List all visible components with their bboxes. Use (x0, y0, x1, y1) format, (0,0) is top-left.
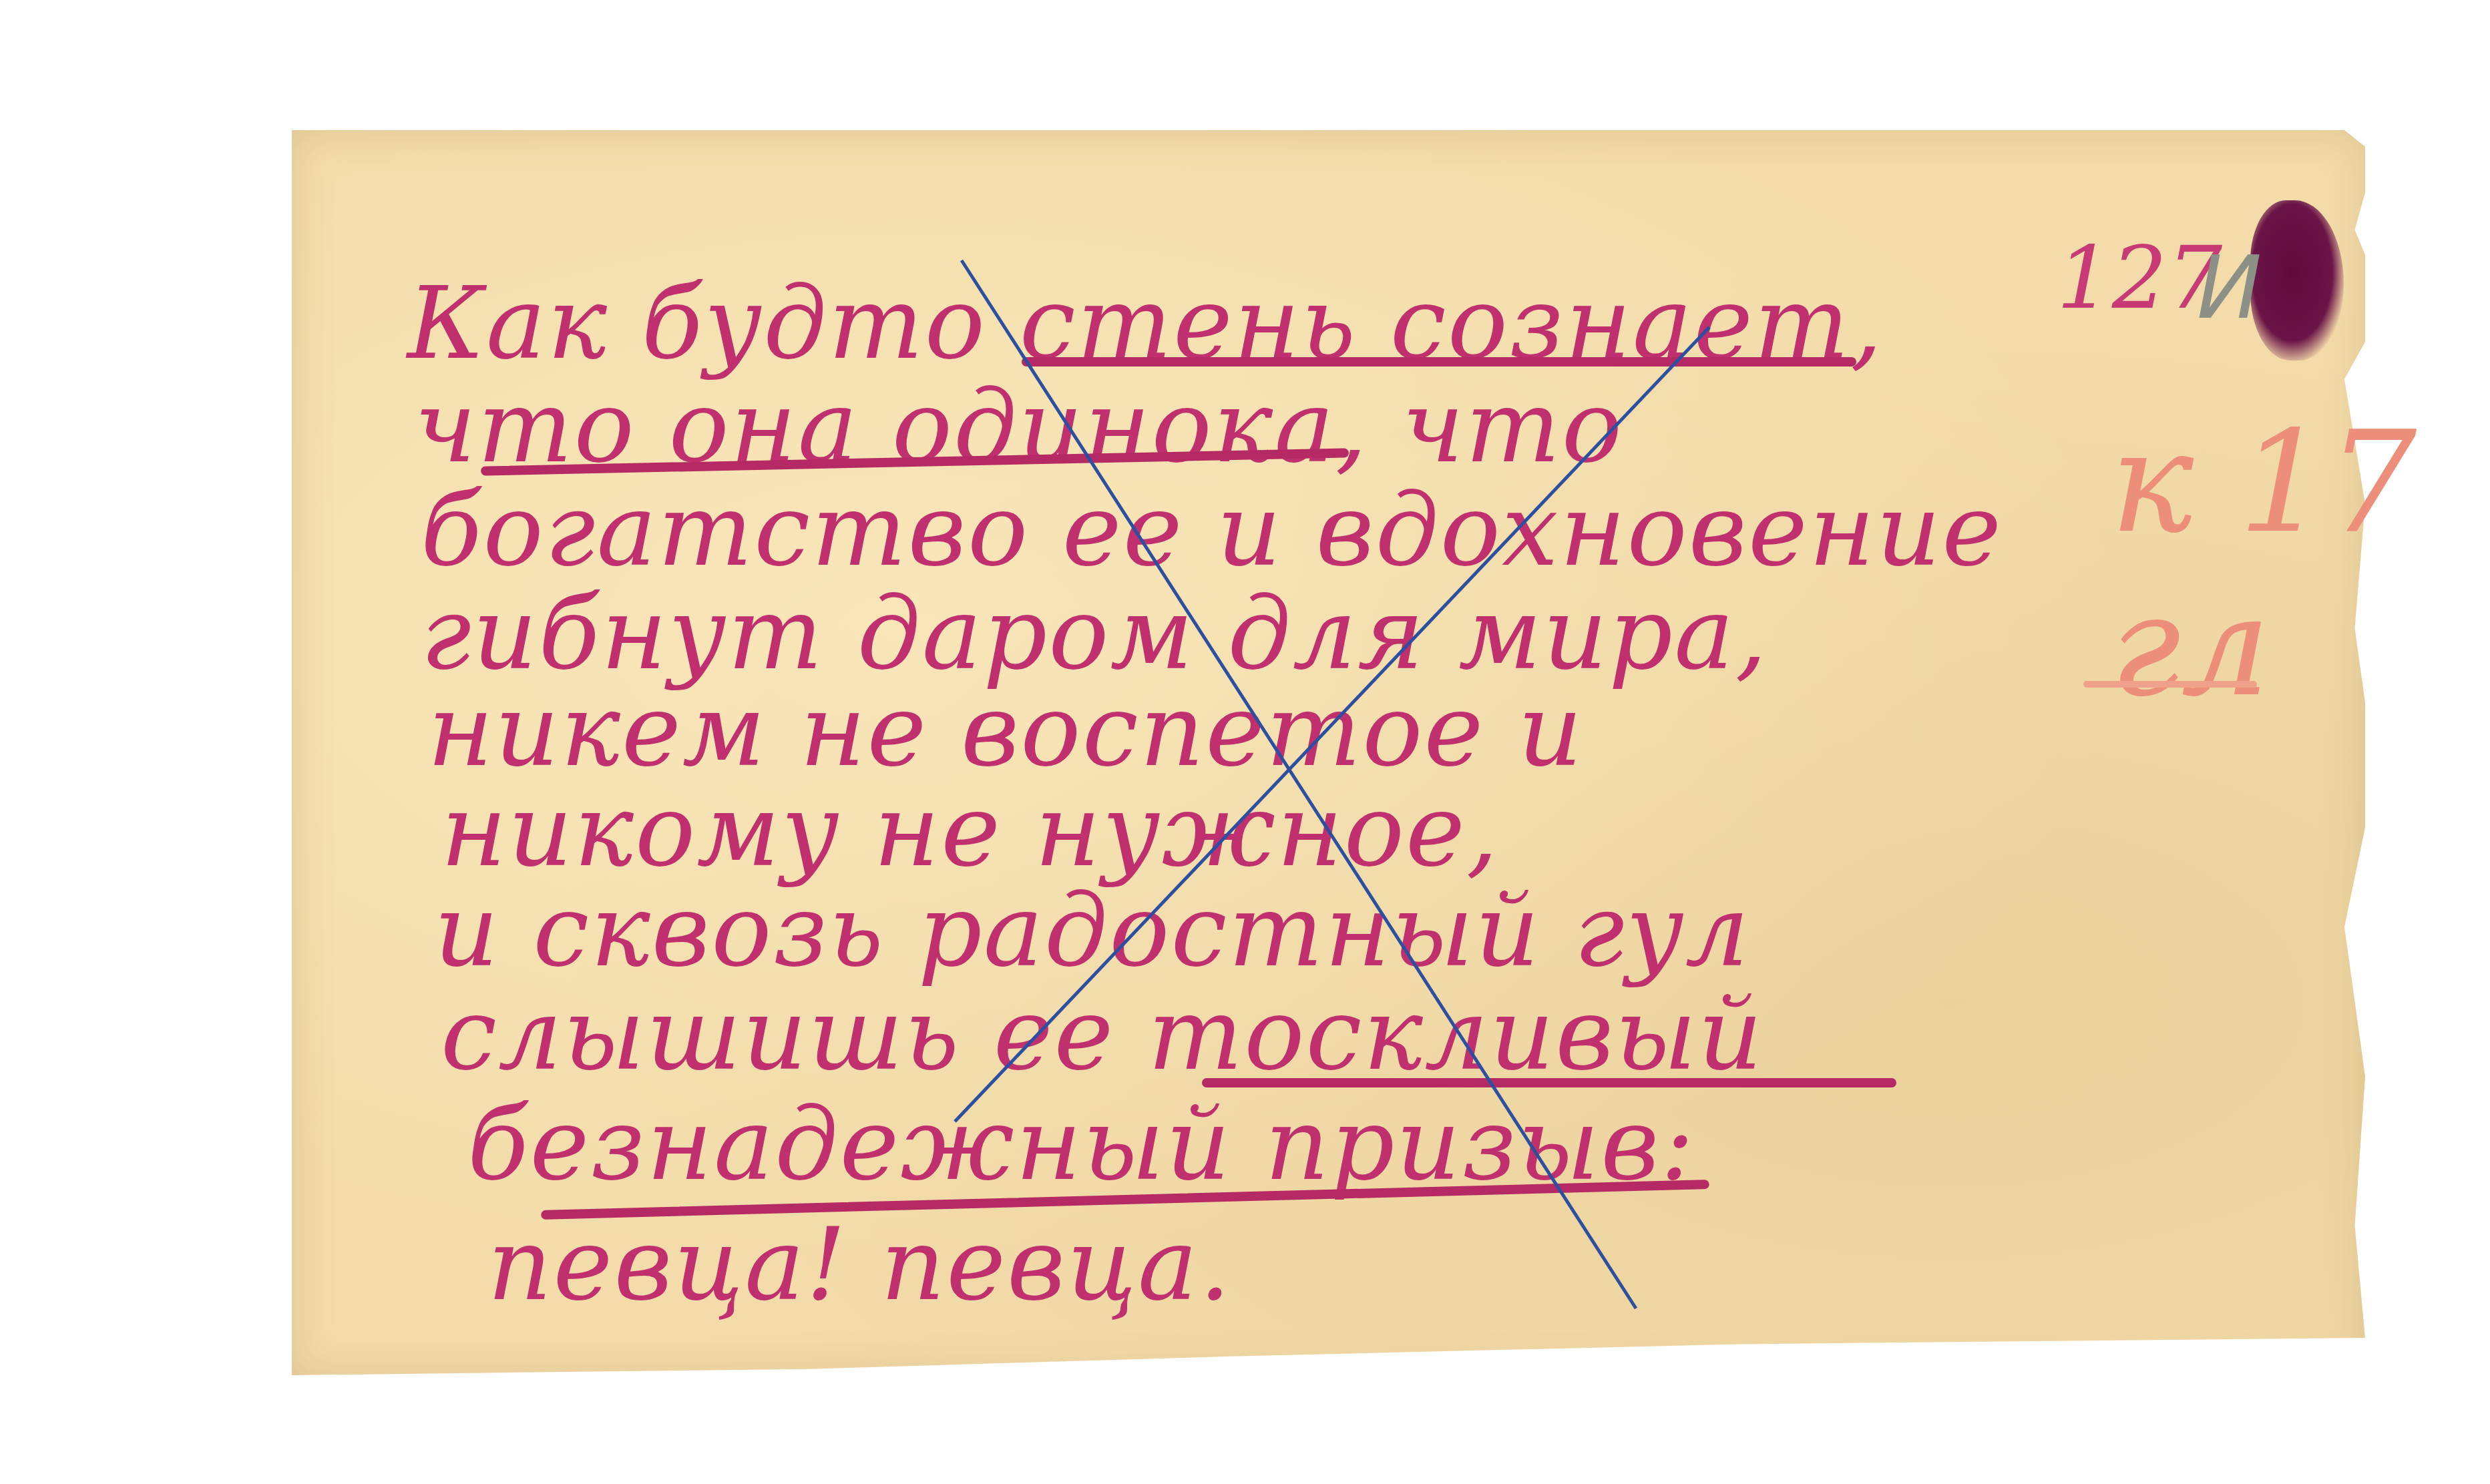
cross-out-mark (0, 0, 2490, 1484)
pencil-mark: И (2197, 237, 2262, 338)
chapter-reference-underline (2083, 681, 2257, 688)
chapter-reference: к 17 гл (2110, 401, 2490, 728)
